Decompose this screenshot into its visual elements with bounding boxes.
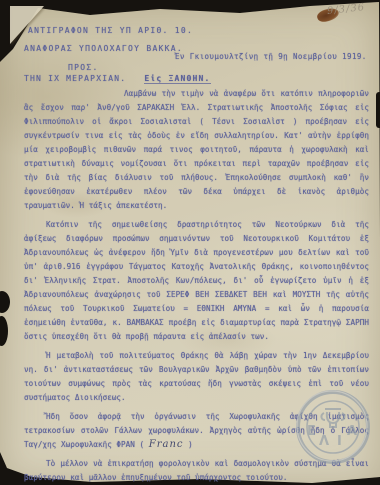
svg-text:Λ: Λ (319, 434, 329, 449)
recipient-line: ΤΗΝ ΙΧ ΜΕΡΑΡΧΙΑΝ. Εἰς ΞΑΝΘΗΝ. (24, 74, 211, 83)
elia-embossed-seal: Ε Λ Ι Α (295, 389, 371, 465)
paragraph: Κατόπιν τῆς σημειωθείσης δραστηριότητος … (24, 218, 369, 344)
edge-tear-mark (376, 92, 380, 128)
svg-text:Ε: Ε (307, 424, 316, 439)
scanned-document: 9/3/36 ΑΝΤΙΓΡΑΦΟΝ ΤΗΣ ΥΠ ΑΡΙΘ. 10. ΑΝΑΦΟ… (0, 0, 380, 485)
report-title-line: ΑΝΑΦΟΡΑΣ ΥΠΟΛΟΧΑΓΟΥ ΒΑΚΚΑ. (24, 44, 183, 53)
recipient-unit: ΤΗΝ ΙΧ ΜΕΡΑΡΧΙΑΝ. (24, 74, 126, 83)
handwritten-name: Franc (149, 439, 184, 450)
svg-text:Α: Α (347, 424, 357, 439)
torn-corner-fold (10, 6, 44, 44)
to-label: ΠΡΟΣ. (68, 63, 99, 72)
recipient-place: Εἰς ΞΑΝΘΗΝ. (144, 74, 210, 84)
paragraph: Λαμβάνω τὴν τιμὴν νὰ ἀναφέρω ὅτι κατόπιν… (24, 87, 369, 213)
copy-number-line: ΑΝΤΙΓΡΑΦΟΝ ΤΗΣ ΥΠ ΑΡΙΘ. 10. (28, 26, 193, 35)
svg-text:Ι: Ι (337, 434, 342, 449)
dateline: Ἐν Γκιουμουλτζίνῃ τῇ 9ῃ Νοεμβρίου 1919. (175, 52, 367, 61)
amphora-icon (321, 409, 344, 427)
